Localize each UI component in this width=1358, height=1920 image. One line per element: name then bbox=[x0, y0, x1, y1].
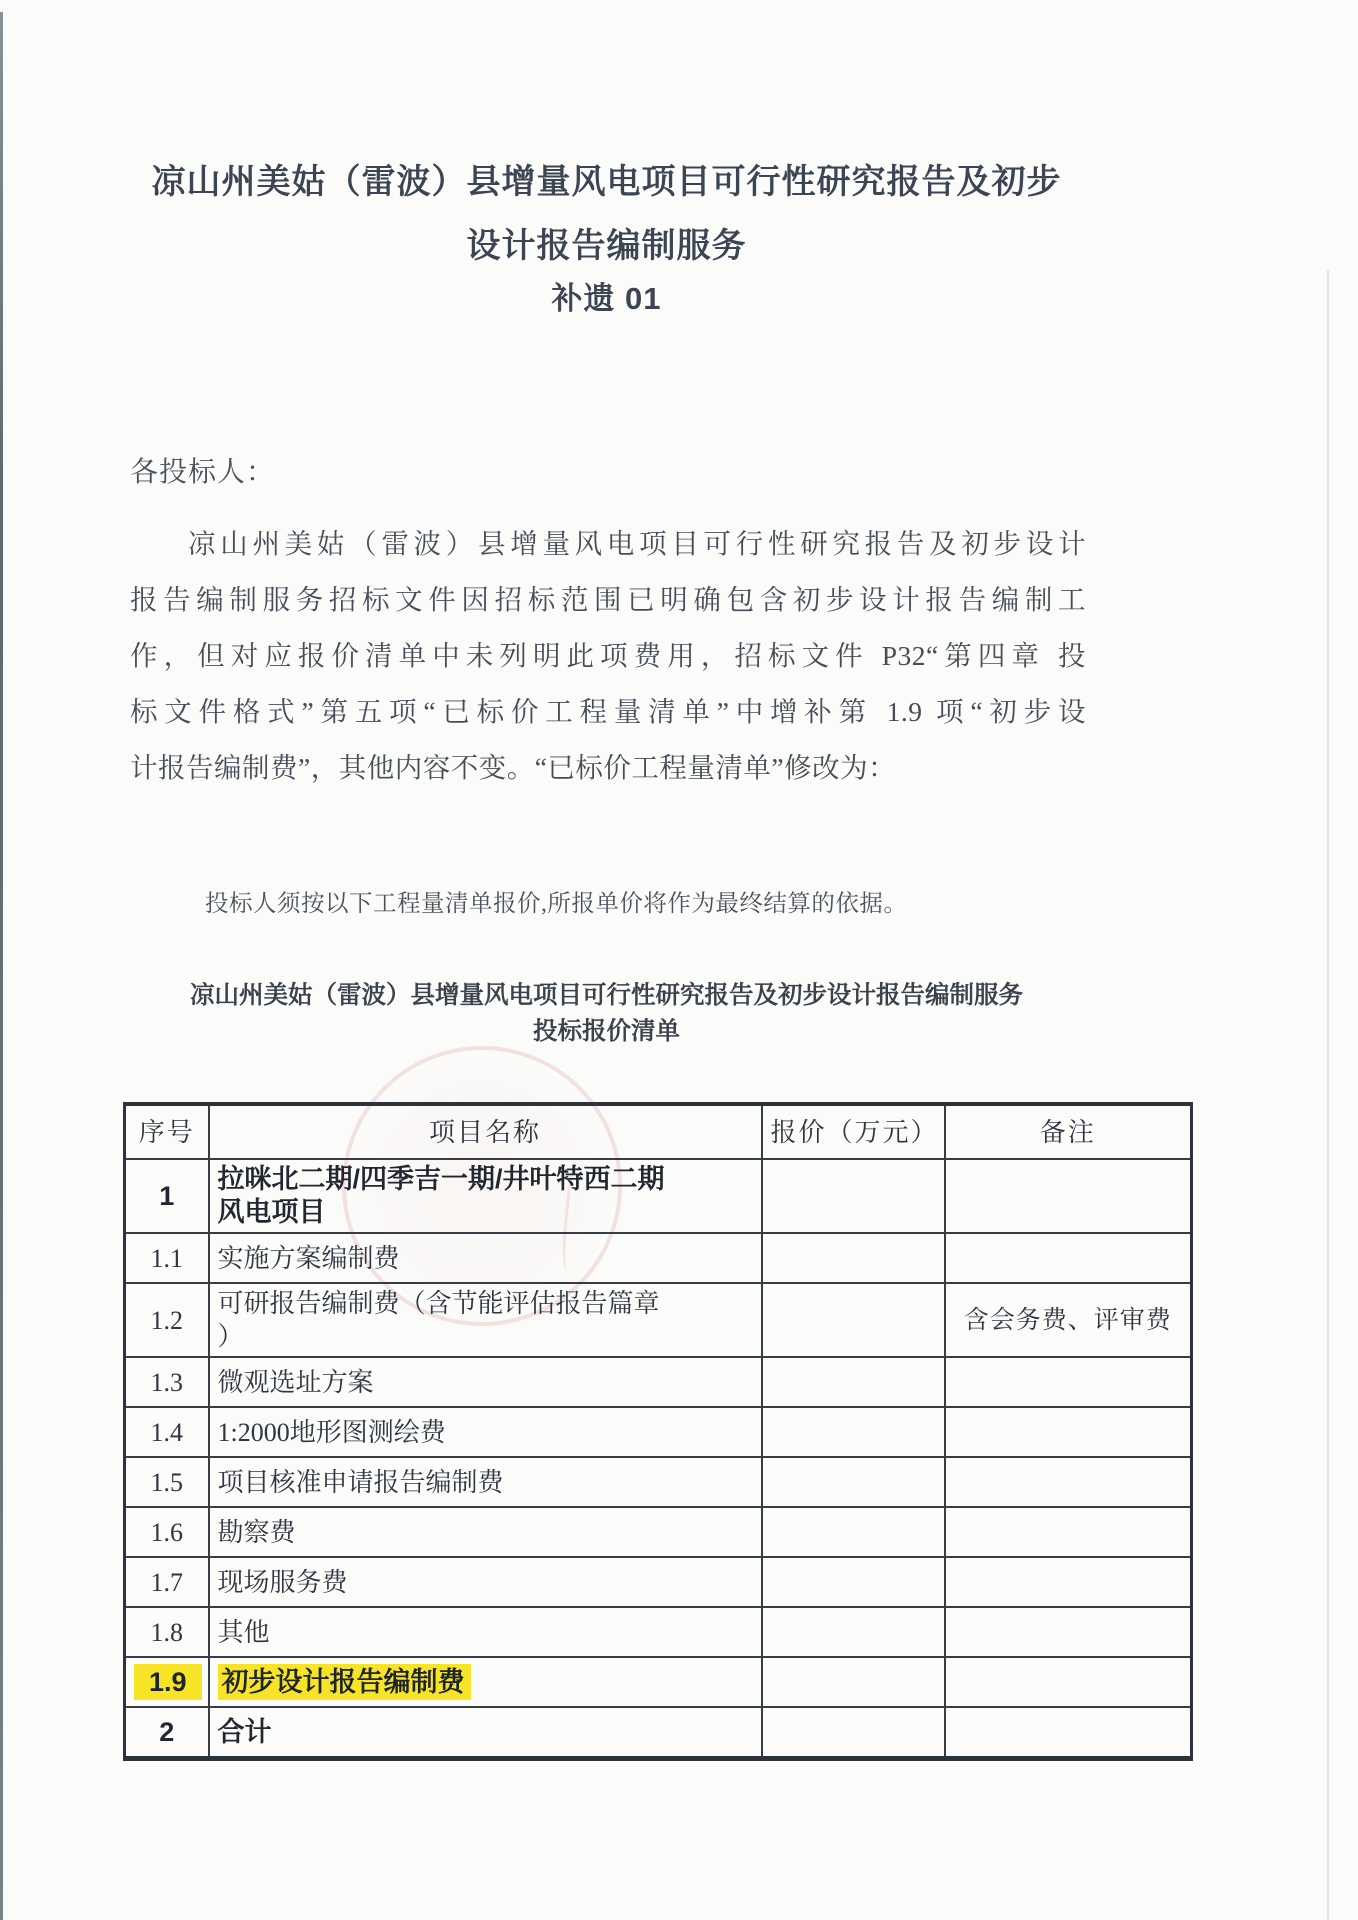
table-row: 1.6勘察费 bbox=[125, 1507, 1192, 1557]
row-item-name: 项目核准申请报告编制费 bbox=[209, 1457, 762, 1507]
row-quote bbox=[762, 1507, 945, 1557]
table-caption: 凉山州美姑（雷波）县增量风电项目可行性研究报告及初步设计报告编制服务 投标报价清… bbox=[128, 978, 1085, 1050]
row-seq-no: 1.5 bbox=[125, 1457, 209, 1507]
table-row: 2合计 bbox=[125, 1707, 1192, 1759]
table-row: 1.7现场服务费 bbox=[125, 1557, 1192, 1607]
row-remark bbox=[945, 1159, 1192, 1233]
addendum-number: 补遗 01 bbox=[128, 276, 1085, 322]
table-row: 1.1实施方案编制费 bbox=[125, 1233, 1192, 1283]
row-remark bbox=[945, 1707, 1192, 1759]
paragraph-line: 作，但对应报价清单中未列明此项费用，招标文件 P32“第四章 投 bbox=[130, 628, 1086, 684]
paragraph-line: 标文件格式”第五项“已标价工程量清单”中增补第 1.9 项“初步设 bbox=[130, 684, 1086, 740]
table-caption-line2: 投标报价清单 bbox=[128, 1014, 1085, 1050]
row-remark bbox=[945, 1357, 1192, 1407]
row-seq-no: 1.4 bbox=[125, 1407, 209, 1457]
table-caption-line1: 凉山州美姑（雷波）县增量风电项目可行性研究报告及初步设计报告编制服务 bbox=[128, 978, 1085, 1014]
row-item-name: 勘察费 bbox=[209, 1507, 762, 1557]
row-item-name: 拉咪北二期/四季吉一期/井叶特西二期 风电项目 bbox=[209, 1159, 762, 1233]
row-remark bbox=[945, 1233, 1192, 1283]
row-seq-no: 2 bbox=[125, 1707, 209, 1759]
body-paragraph: 凉山州美姑（雷波）县增量风电项目可行性研究报告及初步设计 报告编制服务招标文件因… bbox=[130, 516, 1086, 796]
paragraph-line: 报告编制服务招标文件因招标范围已明确包含初步设计报告编制工 bbox=[130, 572, 1086, 628]
paragraph-line: 凉山州美姑（雷波）县增量风电项目可行性研究报告及初步设计 bbox=[130, 516, 1086, 572]
scan-edge-artifact bbox=[0, 12, 3, 1920]
row-seq-no: 1.7 bbox=[125, 1557, 209, 1607]
document-title-line1: 凉山州美姑（雷波）县增量风电项目可行性研究报告及初步 bbox=[128, 150, 1085, 214]
table-row: 1.5项目核准申请报告编制费 bbox=[125, 1457, 1192, 1507]
document-title: 凉山州美姑（雷波）县增量风电项目可行性研究报告及初步 设计报告编制服务 bbox=[128, 150, 1085, 278]
row-quote bbox=[762, 1557, 945, 1607]
row-quote bbox=[762, 1159, 945, 1233]
row-item-name: 1:2000地形图测绘费 bbox=[209, 1407, 762, 1457]
row-item-name: 实施方案编制费 bbox=[209, 1233, 762, 1283]
table-row: 1.2可研报告编制费（含节能评估报告篇章 ）含会务费、评审费 bbox=[125, 1283, 1192, 1357]
row-quote bbox=[762, 1233, 945, 1283]
table-row: 1.41:2000地形图测绘费 bbox=[125, 1407, 1192, 1457]
row-remark bbox=[945, 1457, 1192, 1507]
salutation: 各投标人： bbox=[130, 450, 275, 490]
table-row: 1.3微观选址方案 bbox=[125, 1357, 1192, 1407]
row-item-name: 合计 bbox=[209, 1707, 762, 1759]
header-remark: 备注 bbox=[945, 1104, 1192, 1159]
row-remark bbox=[945, 1657, 1192, 1707]
row-remark bbox=[945, 1507, 1192, 1557]
row-quote bbox=[762, 1657, 945, 1707]
pricing-note: 投标人须按以下工程量清单报价,所报单价将作为最终结算的依据。 bbox=[205, 884, 907, 918]
quote-table-body: 1拉咪北二期/四季吉一期/井叶特西二期 风电项目1.1实施方案编制费1.2可研报… bbox=[125, 1159, 1192, 1759]
row-quote bbox=[762, 1357, 945, 1407]
row-item-name: 现场服务费 bbox=[209, 1557, 762, 1607]
header-item-name: 项目名称 bbox=[209, 1104, 762, 1159]
table-row: 1.8其他 bbox=[125, 1607, 1192, 1657]
paragraph-line: 计报告编制费”，其他内容不变。“已标价工程量清单”修改为： bbox=[130, 740, 1086, 796]
row-seq-no: 1.6 bbox=[125, 1507, 209, 1557]
table-row: 1拉咪北二期/四季吉一期/井叶特西二期 风电项目 bbox=[125, 1159, 1192, 1233]
row-seq-no: 1.2 bbox=[125, 1283, 209, 1357]
table-row: 1.9初步设计报告编制费 bbox=[125, 1657, 1192, 1707]
header-seq-no: 序号 bbox=[125, 1104, 209, 1159]
row-quote bbox=[762, 1707, 945, 1759]
row-remark bbox=[945, 1407, 1192, 1457]
row-quote bbox=[762, 1457, 945, 1507]
row-item-name: 可研报告编制费（含节能评估报告篇章 ） bbox=[209, 1283, 762, 1357]
row-seq-no: 1.8 bbox=[125, 1607, 209, 1657]
row-seq-no: 1.9 bbox=[125, 1657, 209, 1707]
fold-line-artifact bbox=[1327, 270, 1329, 1920]
row-quote bbox=[762, 1607, 945, 1657]
row-remark: 含会务费、评审费 bbox=[945, 1283, 1192, 1357]
bid-quote-table: 序号 项目名称 报价（万元） 备注 1拉咪北二期/四季吉一期/井叶特西二期 风电… bbox=[123, 1102, 1193, 1761]
row-seq-no: 1.1 bbox=[125, 1233, 209, 1283]
row-quote bbox=[762, 1407, 945, 1457]
row-quote bbox=[762, 1283, 945, 1357]
table-header-row: 序号 项目名称 报价（万元） 备注 bbox=[125, 1104, 1192, 1159]
row-seq-no: 1 bbox=[125, 1159, 209, 1233]
row-item-name: 微观选址方案 bbox=[209, 1357, 762, 1407]
row-item-name: 其他 bbox=[209, 1607, 762, 1657]
row-item-name: 初步设计报告编制费 bbox=[209, 1657, 762, 1707]
header-quote: 报价（万元） bbox=[762, 1104, 945, 1159]
row-remark bbox=[945, 1607, 1192, 1657]
document-title-line2: 设计报告编制服务 bbox=[128, 214, 1085, 278]
row-remark bbox=[945, 1557, 1192, 1607]
row-seq-no: 1.3 bbox=[125, 1357, 209, 1407]
